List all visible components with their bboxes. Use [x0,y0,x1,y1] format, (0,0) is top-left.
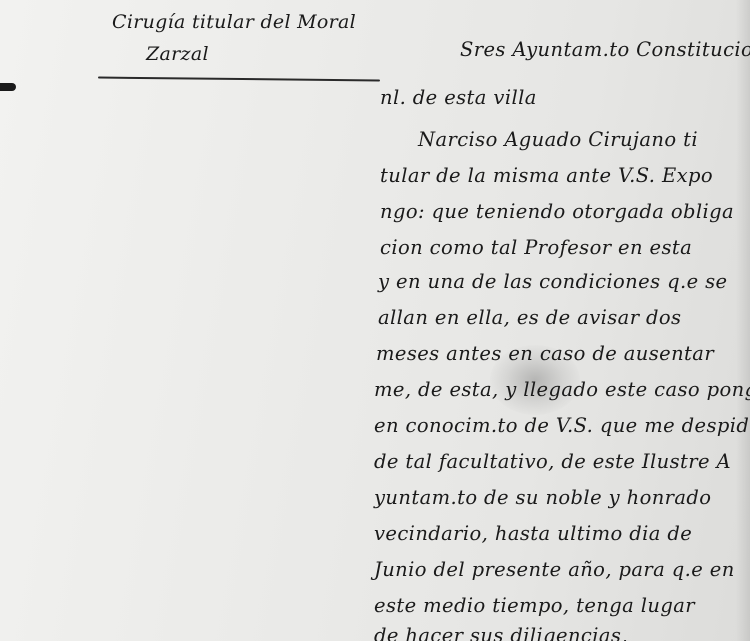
body-line: de tal facultativo, de este Ilustre A [374,450,731,473]
binding-pin-mark [0,83,16,91]
body-line: meses antes en caso de ausentar [376,342,714,365]
salutation-line-2: nl. de esta villa [380,86,537,109]
body-line: tular de la misma ante V.S. Expo [380,164,713,187]
body-line: en conocim.to de V.S. que me despido [374,414,750,437]
body-line: allan en ella, es de avisar dos [378,306,681,329]
body-line: de hacer sus diligencias, [374,624,628,641]
margin-note-underline [98,77,380,82]
body-line: ngo: que teniendo otorgada obliga [380,200,734,223]
margin-note-line-1: Cirugía titular del Moral [112,6,412,38]
body-line: este medio tiempo, tenga lugar [374,594,695,617]
body-line: yuntam.to de su noble y honrado [374,486,711,509]
body-line: Junio del presente año, para q.e en [374,558,735,581]
page-edge-shadow [736,0,750,641]
margin-note-line-2: Zarzal [112,38,412,70]
body-line: vecindario, hasta ultimo dia de [374,522,692,545]
salutation-line-1: Sres Ayuntam.to Constitucio [460,38,750,61]
body-line: cion como tal Profesor en esta [380,236,692,259]
body-line: me, de esta, y llegado este caso pongo [374,378,750,401]
body-line: Narciso Aguado Cirujano ti [418,128,698,151]
margin-note: Cirugía titular del Moral Zarzal [112,6,412,70]
body-line: y en una de las condiciones q.e se [378,270,727,293]
manuscript-page: Cirugía titular del Moral Zarzal Sres Ay… [0,0,750,641]
